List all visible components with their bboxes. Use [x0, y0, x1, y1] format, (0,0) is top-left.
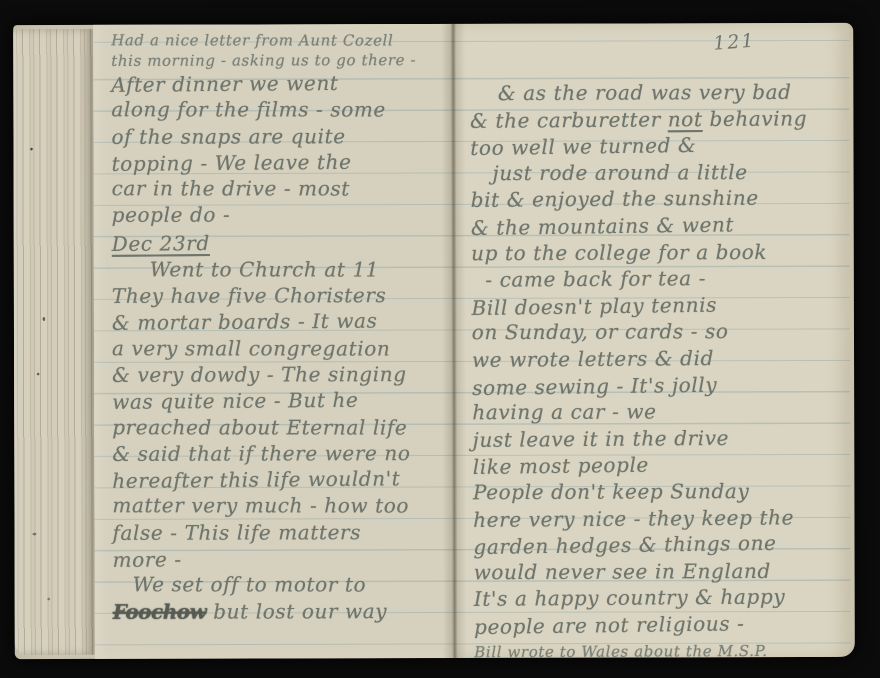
handwriting-text: we wrote letters & did: [472, 346, 714, 372]
handwriting-text: It's a happy country & happy: [474, 585, 786, 611]
handwritten-line: a very small congregation: [112, 335, 450, 362]
handwriting-text: but lost our way: [206, 599, 387, 623]
handwriting-text: & as the road was very bad: [498, 80, 792, 105]
handwriting-text: some sewing - It's jolly: [472, 372, 717, 399]
stacked-page-edges: [13, 29, 95, 655]
handwriting-text: would never see in England: [474, 559, 771, 584]
handwritten-line: Bill wrote to Wales about the M.S.P.: [474, 641, 846, 663]
handwritten-line: hereafter this life wouldn't: [112, 465, 450, 494]
handwriting-text: people are not religious -: [474, 611, 745, 639]
handwriting-text: along for the films - some: [111, 98, 386, 122]
handwriting-text: They have five Choristers: [112, 283, 387, 308]
handwriting-text: & very dowdy - The singing: [112, 362, 407, 387]
handwriting-text: matter very much - how too: [112, 494, 409, 518]
handwritten-line: After dinner we went: [111, 69, 449, 98]
handwriting-text: garden hedges & things one: [473, 531, 776, 559]
handwriting-text: Had a nice letter from Aunt Cozell: [111, 31, 393, 49]
handwriting-text: topping - We leave the: [111, 150, 351, 176]
handwriting-text: & said that if there were no: [112, 441, 410, 466]
handwriting-text: people do -: [112, 203, 231, 227]
handwritten-line: up to the college for a book: [471, 238, 843, 266]
handwritten-line: They have five Choristers: [112, 282, 450, 309]
handwriting-text: bit & enjoyed the sunshine: [471, 186, 759, 212]
handwritten-line: We set off to motor to: [113, 572, 451, 599]
handwritten-line: & the mountains & went: [471, 210, 843, 242]
handwritten-line: It's a happy country & happy: [474, 583, 846, 613]
handwritten-line: & very dowdy - The singing: [112, 361, 450, 388]
handwriting-text: too well we turned &: [470, 133, 696, 160]
handwriting-text: just rode around a little: [492, 160, 747, 185]
underlined-word: not: [668, 107, 703, 131]
open-diary-book: 121 Had a nice letter from Aunt Cozellth…: [13, 23, 855, 659]
handwritten-line: - came back for tea -: [471, 264, 843, 294]
handwriting-text: of the snaps are quite: [111, 124, 345, 149]
handwriting-text: We set off to motor to: [133, 573, 367, 597]
handwritten-line: more -: [112, 544, 450, 573]
page-number: 121: [712, 30, 756, 55]
handwritten-line: & mortar boards - It was: [112, 307, 450, 336]
handwriting-text: People don't keep Sunday: [473, 479, 749, 504]
handwritten-line: & said that if there were no: [112, 440, 450, 467]
handwriting-text: After dinner we went: [111, 71, 338, 97]
handwritten-line: false - This life matters: [112, 519, 450, 546]
handwriting-text: false - This life matters: [112, 520, 361, 545]
handwriting-text: Went to Church at 11: [150, 257, 379, 281]
handwritten-line: & as the road was very bad: [470, 79, 842, 107]
handwritten-line: Foochow but lost our way: [113, 598, 451, 625]
handwritten-line: along for the films - some: [111, 97, 449, 124]
right-page-handwriting: & as the road was very bad& the carburet…: [470, 78, 847, 663]
left-page-handwriting: Had a nice letter from Aunt Cozellthis m…: [111, 30, 451, 625]
handwriting-text: preached about Eternal life: [112, 415, 407, 439]
handwriting-text: more -: [112, 547, 181, 572]
handwriting-text: here very nice - they keep the: [473, 505, 794, 532]
handwriting-text: behaving: [702, 106, 807, 131]
handwritten-line: Dec 23rd: [112, 227, 450, 258]
handwritten-line: bit & enjoyed the sunshine: [471, 184, 843, 214]
handwritten-line: this morning - asking us to go there -: [111, 50, 449, 71]
handwritten-line: Went to Church at 11: [112, 256, 450, 283]
handwritten-line: would never see in England: [474, 557, 846, 585]
handwritten-line: People don't keep Sunday: [473, 478, 845, 506]
handwriting-text: just leave it in the drive: [473, 426, 730, 452]
handwriting-text: up to the college for a book: [471, 240, 767, 265]
handwritten-line: here very nice - they keep the: [473, 503, 845, 533]
underlined-word: Dec 23rd: [112, 231, 210, 256]
handwritten-line: of the snaps are quite: [111, 123, 449, 150]
handwriting-text: like most people: [473, 453, 649, 479]
handwritten-line: some sewing - It's jolly: [472, 369, 844, 401]
handwriting-text: hereafter this life wouldn't: [112, 467, 400, 494]
handwritten-line: having a car - we: [472, 398, 844, 426]
handwritten-line: topping - We leave the: [111, 148, 449, 177]
handwriting-text: having a car - we: [472, 400, 656, 425]
handwriting-text: was quite nice - But he: [112, 388, 358, 414]
struck-out-word: Foochow: [113, 599, 207, 623]
handwritten-line: preached about Eternal life: [112, 414, 450, 441]
handwritten-line: people are not religious -: [474, 609, 846, 641]
handwriting-text: & mortar boards - It was: [112, 309, 378, 335]
handwriting-text: - came back for tea -: [485, 266, 706, 292]
handwritten-line: was quite nice - But he: [112, 386, 450, 415]
handwriting-text: & the mountains & went: [471, 212, 734, 240]
handwritten-line: too well we turned &: [470, 130, 842, 162]
handwriting-text: a very small congregation: [112, 336, 390, 360]
handwritten-line: people do -: [112, 201, 450, 228]
handwriting-text: on Sunday, or cards - so: [472, 319, 729, 344]
handwritten-line: matter very much - how too: [112, 493, 450, 520]
handwritten-line: like most people: [473, 449, 845, 481]
handwriting-text: & the carburetter: [470, 107, 668, 133]
handwritten-line: on Sunday, or cards - so: [472, 318, 844, 346]
handwritten-line: Bill doesn't play tennis: [471, 290, 843, 322]
handwriting-text: this morning - asking us to go there -: [111, 51, 416, 70]
handwriting-text: Bill doesn't play tennis: [471, 292, 717, 319]
handwritten-line: Had a nice letter from Aunt Cozell: [111, 30, 449, 50]
handwriting-text: car in the drive - most: [112, 176, 350, 200]
handwriting-text: Bill wrote to Wales about the M.S.P.: [474, 642, 767, 661]
handwritten-line: garden hedges & things one: [473, 529, 845, 561]
handwritten-line: car in the drive - most: [112, 175, 450, 202]
handwritten-line: just rode around a little: [470, 158, 842, 186]
handwritten-line: we wrote letters & did: [472, 344, 844, 374]
